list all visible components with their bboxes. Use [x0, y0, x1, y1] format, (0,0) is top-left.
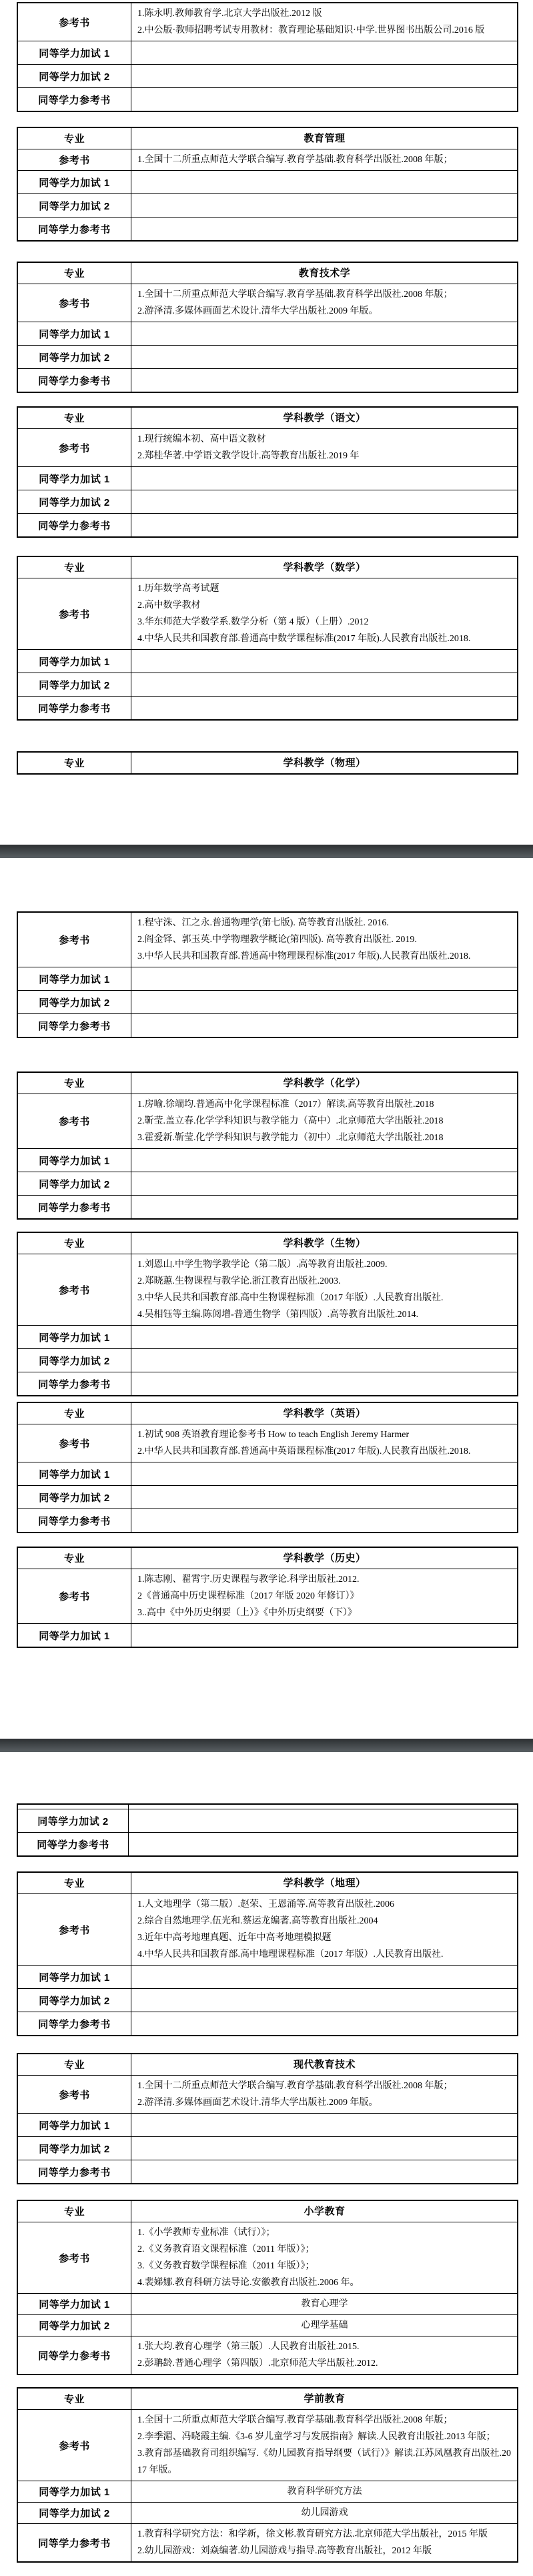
row-label: 专业: [17, 1872, 131, 1894]
row-content: [131, 1326, 518, 1349]
row-content: [131, 467, 518, 490]
row-label: 同等学力加试 1: [17, 967, 131, 991]
row-content: [131, 967, 518, 991]
row-content: 幼儿园游戏: [131, 2503, 518, 2524]
row-content: 学科教学（语文）: [131, 407, 518, 429]
row-label: 同等学力加试 1: [17, 467, 131, 490]
row-content: 1.程守洙、江之永.普通物理学(第七版). 高等教育出版社. 2016.2.阎金…: [131, 912, 518, 967]
table-row: 同等学力加试 2: [17, 1349, 518, 1372]
book-line: 1.教育科学研究方法：和学新，徐文彬.教育研究方法.北京师范大学出版社，2015…: [137, 2526, 512, 2543]
table-modern-educational-technology: 专业现代教育技术参考书1.全国十二所重点师范大学联合编写.教育学基础.教育科学出…: [17, 2053, 518, 2184]
row-content: [131, 171, 518, 194]
table-subject-teaching-english: 专业学科教学（英语）参考书1.初试 908 英语教育理论参考书 How to t…: [17, 1402, 518, 1533]
table-row: 同等学力加试 1: [17, 2114, 518, 2137]
row-content: 1.全国十二所重点师范大学联合编写.教育学基础.教育科学出版社.2008 年版；…: [131, 284, 518, 322]
table-row: 同等学力参考书: [17, 2160, 518, 2184]
row-label: 同等学力加试 1: [17, 1149, 131, 1172]
row-content: 学科教学（化学）: [131, 1072, 518, 1094]
book-line: 2.幼儿园游戏：刘焱编著.幼儿园游戏与指导.高等教育出版社，2012 年版: [137, 2543, 512, 2559]
book-line: 2.游泽清.多媒体画面艺术设计.清华大学出版社.2009 年版。: [137, 2094, 512, 2111]
table-row: 同等学力加试 2: [17, 673, 518, 697]
row-label: 专业: [17, 1402, 131, 1424]
table-row: 专业小学教育: [17, 2200, 518, 2222]
table-subject-teaching-physics-body: 参考书1.程守洙、江之永.普通物理学(第七版). 高等教育出版社. 2016.2…: [17, 911, 518, 1038]
row-content: [131, 1172, 518, 1196]
row-content: 教育科学研究方法: [131, 2481, 518, 2503]
row-label: 同等学力加试 2: [17, 194, 131, 218]
book-line: 3..高中《中外历史纲要（上）》《中外历史纲要（下）》: [137, 1605, 512, 1621]
table-row: 同等学力参考书: [17, 1833, 518, 1857]
row-label: 同等学力加试 1: [17, 1326, 131, 1349]
table-row: 参考书1.《小学教师专业标准（试行）》；2.《义务教育语文课程标准（2011 年…: [17, 2222, 518, 2294]
row-label: 专业: [17, 556, 131, 578]
row-label: 专业: [17, 1547, 131, 1569]
table-row: 同等学力参考书: [17, 218, 518, 242]
document-page-stack: 参考书1.陈永明.教师教育学.北京大学出版社.2012 版2.中公版·教师招聘考…: [0, 2, 533, 2576]
row-label: 同等学力参考书: [17, 2012, 131, 2036]
table-row: 专业现代教育技术: [17, 2054, 518, 2076]
table-row: 同等学力加试 1: [17, 41, 518, 65]
table-row: 同等学力参考书: [17, 514, 518, 538]
row-content: [131, 1149, 518, 1172]
table-row: [17, 1804, 518, 1809]
row-content: 教育管理: [131, 127, 518, 149]
row-content: [131, 1509, 518, 1533]
table-row: 同等学力参考书: [17, 1014, 518, 1038]
row-content: [131, 65, 518, 88]
book-line: 1.历年数学高考试题: [137, 580, 512, 597]
row-content: [131, 2012, 518, 2036]
table-row: 同等学力加试 2: [17, 194, 518, 218]
table-row: 参考书1.人文地理学（第二版）.赵荣、王恩涌等.高等教育出版社.20062.综合…: [17, 1894, 518, 1966]
row-label: 同等学力参考书: [17, 697, 131, 721]
row-label: 同等学力加试 2: [17, 1989, 131, 2012]
row-label: 同等学力加试 2: [17, 991, 131, 1014]
row-label: 同等学力加试 2: [17, 1349, 131, 1372]
table-row: 参考书1.历年数学高考试题2.高中数学教材3.华东师范大学数学系.数学分析（第 …: [17, 578, 518, 650]
row-label: 同等学力加试 2: [17, 2503, 131, 2524]
row-content: [131, 369, 518, 393]
row-label: 参考书: [17, 578, 131, 650]
row-label: 同等学力加试 1: [17, 1966, 131, 1989]
table-row: 同等学力参考书: [17, 88, 518, 112]
row-label: 同等学力参考书: [17, 2524, 131, 2563]
row-content: [131, 1624, 518, 1648]
row-content: 学科教学（历史）: [131, 1547, 518, 1569]
table-row: 参考书1.全国十二所重点师范大学联合编写.教育学基础.教育科学出版社.2008 …: [17, 284, 518, 322]
book-line: 3.近年中高考地理真题、近年中高考地理模拟题: [137, 1929, 512, 1946]
book-line: 4.吴相钰等主编.陈阅增-普通生物学（第四版）.高等教育出版社.2014.: [137, 1306, 512, 1323]
row-content: 1.历年数学高考试题2.高中数学教材3.华东师范大学数学系.数学分析（第 4 版…: [131, 578, 518, 650]
table-row: 专业学科教学（物理）: [17, 752, 518, 774]
table-row: 同等学力加试 2: [17, 1486, 518, 1509]
book-line: 2.靳莹.盖立春.化学学科知识与教学能力（高中）.北京师范大学出版社.2018: [137, 1113, 512, 1130]
book-line: 4.中华人民共和国教育部.高中地理课程标准（2017 年版）.人民教育出版社.: [137, 1946, 512, 1963]
book-line: 3.中华人民共和国教育部.高中生物课程标准（2017 年版）.人民教育出版社.: [137, 1290, 512, 1306]
table-row: 专业教育管理: [17, 127, 518, 149]
row-content: [129, 1833, 518, 1857]
book-line: 2.郑桂华著.中学语文教学设计.高等教育出版社.2019 年: [137, 448, 512, 464]
row-content: [131, 88, 518, 112]
book-line: 2.中公版·教师招聘考试专用教材：教育理论基础知识·中学.世界图书出版公司.20…: [137, 22, 512, 39]
table-row: 参考书1.房喻.徐端均.普通高中化学课程标准（2017）解读.高等教育出版社.2…: [17, 1094, 518, 1149]
table-row: 专业学科教学（地理）: [17, 1872, 518, 1894]
row-label: 参考书: [17, 429, 131, 467]
table-row: 同等学力加试 2: [17, 991, 518, 1014]
row-content: [131, 673, 518, 697]
row-label: 同等学力加试 2: [17, 1172, 131, 1196]
book-line: 2.中华人民共和国教育部.普通高中英语课程标准(2017 年版).人民教育出版社…: [137, 1443, 512, 1460]
row-label: 同等学力加试 1: [17, 41, 131, 65]
table-row: 同等学力参考书: [17, 1509, 518, 1533]
row-label: 同等学力加试 1: [17, 322, 131, 346]
book-line: 2.综合自然地理学.伍光和.蔡运龙编著.高等教育出版社.2004: [137, 1913, 512, 1929]
row-content: 1.现行统编本初、高中语文教材2.郑桂华著.中学语文教学设计.高等教育出版社.2…: [131, 429, 518, 467]
row-label: 同等学力加试 2: [17, 346, 131, 369]
table-education-management: 专业教育管理参考书1.全国十二所重点师范大学联合编写.教育学基础.教育科学出版社…: [17, 127, 518, 242]
book-line: 1.陈志刚、翟霄宇.历史课程与教学论.科学出版社.2012.: [137, 1571, 512, 1588]
table-row: 专业学科教学（数学）: [17, 556, 518, 578]
book-line: 3.霍爱新.靳莹.化学学科知识与教学能力（初中）.北京师范大学出版社.2018: [137, 1130, 512, 1146]
row-content: 1.全国十二所重点师范大学联合编写.教育学基础.教育科学出版社.2008 年版；…: [131, 2076, 518, 2114]
row-content: 学前教育: [131, 2388, 518, 2410]
table-subject-teaching-physics-header: 专业学科教学（物理）: [17, 751, 518, 775]
row-label: 同等学力加试 2: [17, 65, 131, 88]
row-content: 1.陈志刚、翟霄宇.历史课程与教学论.科学出版社.2012.2《普通高中历史课程…: [131, 1569, 518, 1624]
book-line: 3.中华人民共和国教育部.普通高中物理课程标准(2017 年版).人民教育出版社…: [137, 948, 512, 965]
row-label: [17, 1804, 129, 1809]
book-line: 2.郑晓蕙.生物课程与教学论.浙江教育出版社.2003.: [137, 1273, 512, 1290]
row-content: [131, 650, 518, 673]
row-content: 心理学基础: [131, 2315, 518, 2336]
row-content: 教育心理学: [131, 2294, 518, 2315]
row-label: 专业: [17, 752, 131, 774]
book-line: 3.华东师范大学数学系.数学分析（第 4 版）（上册）.2012: [137, 614, 512, 630]
row-label: 参考书: [17, 1094, 131, 1149]
row-label: 同等学力加试 2: [17, 673, 131, 697]
table-row: 同等学力加试 1: [17, 650, 518, 673]
row-label: 同等学力加试 1: [17, 2481, 131, 2503]
row-content: 学科教学（物理）: [131, 752, 518, 774]
row-label: 同等学力加试 2: [17, 490, 131, 514]
row-label: 同等学力加试 1: [17, 2114, 131, 2137]
table-row: 同等学力参考书: [17, 1196, 518, 1220]
row-content: 学科教学（英语）: [131, 1402, 518, 1424]
row-label: 同等学力加试 2: [17, 1809, 129, 1833]
table-row: 同等学力加试 1: [17, 322, 518, 346]
row-label: 参考书: [17, 2076, 131, 2114]
table-row: 参考书1.现行统编本初、高中语文教材2.郑桂华著.中学语文教学设计.高等教育出版…: [17, 429, 518, 467]
row-content: [131, 1486, 518, 1509]
table-top-fragment: 参考书1.陈永明.教师教育学.北京大学出版社.2012 版2.中公版·教师招聘考…: [17, 2, 518, 112]
row-content: 1.张大均.教育心理学（第三版）.人民教育出版社.2015.2.彭聃龄.普通心理…: [131, 2336, 518, 2375]
row-label: 专业: [17, 127, 131, 149]
row-label: 同等学力加试 2: [17, 2315, 131, 2336]
row-content: 1.全国十二所重点师范大学联合编写.教育学基础.教育科学出版社.2008 年版；: [131, 149, 518, 171]
row-label: 同等学力参考书: [17, 514, 131, 538]
row-content: 小学教育: [131, 2200, 518, 2222]
row-label: 专业: [17, 1232, 131, 1254]
book-line: 1.全国十二所重点师范大学联合编写.教育学基础.教育科学出版社.2008 年版；: [137, 151, 512, 168]
row-label: 同等学力加试 2: [17, 1486, 131, 1509]
table-row: 同等学力加试 1: [17, 967, 518, 991]
row-label: 同等学力加试 1: [17, 1462, 131, 1486]
row-content: [131, 697, 518, 721]
book-line: 1.全国十二所重点师范大学联合编写.教育学基础.教育科学出版社.2008 年版；: [137, 286, 512, 303]
row-content: 学科教学（地理）: [131, 1872, 518, 1894]
row-content: [131, 991, 518, 1014]
row-content: 1.《小学教师专业标准（试行）》；2.《义务教育语文课程标准（2011 年版）》…: [131, 2222, 518, 2294]
book-line: 1.刘恩山.中学生物学教学论（第二版）.高等教育出版社.2009.: [137, 1256, 512, 1273]
table-subject-teaching-math: 专业学科教学（数学）参考书1.历年数学高考试题2.高中数学教材3.华东师范大学数…: [17, 556, 518, 721]
row-content: 1.人文地理学（第二版）.赵荣、王恩涌等.高等教育出版社.20062.综合自然地…: [131, 1894, 518, 1966]
row-content: [131, 2137, 518, 2160]
row-label: 专业: [17, 1072, 131, 1094]
row-label: 参考书: [17, 1569, 131, 1624]
table-row: 同等学力加试 1: [17, 1966, 518, 1989]
row-label: 同等学力加试 1: [17, 650, 131, 673]
book-line: 2.游泽清.多媒体画面艺术设计.清华大学出版社.2009 年版。: [137, 303, 512, 320]
table-row: 参考书1.全国十二所重点师范大学联合编写.教育学基础.教育科学出版社.2008 …: [17, 2410, 518, 2481]
book-line: 1.房喻.徐端均.普通高中化学课程标准（2017）解读.高等教育出版社.2018: [137, 1096, 512, 1113]
table-row: 同等学力加试 2: [17, 346, 518, 369]
book-line: 4.裴娣娜.教育科研方法导论.安徽教育出版社.2006 年。: [137, 2274, 512, 2291]
row-content: [129, 1804, 518, 1809]
row-content: 现代教育技术: [131, 2054, 518, 2076]
book-line: 2.阎金铎、郭玉英.中学物理教学概论(第四版). 高等教育出版社. 2019.: [137, 931, 512, 948]
row-content: [131, 1462, 518, 1486]
row-label: 同等学力参考书: [17, 369, 131, 393]
row-content: 教育技术学: [131, 262, 518, 284]
row-content: [131, 1989, 518, 2012]
row-content: [131, 194, 518, 218]
book-line: 2《普通高中历史课程标准（2017 年版 2020 年修订）》: [137, 1588, 512, 1605]
table-row: 同等学力加试 1: [17, 171, 518, 194]
table-row: 同等学力加试 1教育心理学: [17, 2294, 518, 2315]
table-primary-education: 专业小学教育参考书1.《小学教师专业标准（试行）》；2.《义务教育语文课程标准（…: [17, 2200, 518, 2375]
book-line: 2.高中数学教材: [137, 597, 512, 614]
row-label: 参考书: [17, 3, 131, 41]
table-row: 参考书1.陈永明.教师教育学.北京大学出版社.2012 版2.中公版·教师招聘考…: [17, 3, 518, 41]
table-row: 专业学科教学（生物）: [17, 1232, 518, 1254]
book-line: 1.人文地理学（第二版）.赵荣、王恩涌等.高等教育出版社.2006: [137, 1896, 512, 1913]
row-content: [131, 218, 518, 242]
table-row: 同等学力参考书1.教育科学研究方法：和学新，徐文彬.教育研究方法.北京师范大学出…: [17, 2524, 518, 2563]
row-content: [131, 490, 518, 514]
row-label: 同等学力参考书: [17, 1372, 131, 1396]
row-content: [131, 322, 518, 346]
table-row: 同等学力加试 1: [17, 1462, 518, 1486]
book-line: 2.《义务教育语文课程标准（2011 年版）》；: [137, 2241, 512, 2258]
row-label: 参考书: [17, 912, 131, 967]
table-row: 同等学力加试 2: [17, 490, 518, 514]
book-line: 1.张大均.教育心理学（第三版）.人民教育出版社.2015.: [137, 2338, 512, 2355]
book-line: 1.全国十二所重点师范大学联合编写.教育学基础.教育科学出版社.2008 年版；: [137, 2412, 512, 2429]
table-row: 同等学力加试 2: [17, 1989, 518, 2012]
table-row: 同等学力加试 2幼儿园游戏: [17, 2503, 518, 2524]
row-label: 同等学力参考书: [17, 88, 131, 112]
book-line: 1.初试 908 英语教育理论参考书 How to teach English …: [137, 1426, 512, 1443]
table-row: 参考书1.程守洙、江之永.普通物理学(第七版). 高等教育出版社. 2016.2…: [17, 912, 518, 967]
row-label: 参考书: [17, 1424, 131, 1462]
row-content: 1.房喻.徐端均.普通高中化学课程标准（2017）解读.高等教育出版社.2018…: [131, 1094, 518, 1149]
row-label: 同等学力加试 1: [17, 2294, 131, 2315]
table-row: 同等学力加试 2: [17, 1172, 518, 1196]
row-content: 1.陈永明.教师教育学.北京大学出版社.2012 版2.中公版·教师招聘考试专用…: [131, 3, 518, 41]
table-row: 同等学力参考书: [17, 697, 518, 721]
table-row: 同等学力参考书1.张大均.教育心理学（第三版）.人民教育出版社.2015.2.彭…: [17, 2336, 518, 2375]
row-label: 专业: [17, 262, 131, 284]
book-line: 3.《义务教育数学课程标准（2011 年版）》；: [137, 2258, 512, 2274]
row-label: 参考书: [17, 2410, 131, 2481]
row-content: 1.初试 908 英语教育理论参考书 How to teach English …: [131, 1424, 518, 1462]
table-row: 同等学力加试 2: [17, 2137, 518, 2160]
row-content: [131, 1014, 518, 1038]
table-row: 同等学力加试 2: [17, 65, 518, 88]
row-content: [131, 2114, 518, 2137]
table-subject-teaching-biology: 专业学科教学（生物）参考书1.刘恩山.中学生物学教学论（第二版）.高等教育出版社…: [17, 1232, 518, 1396]
table-educational-technology: 专业教育技术学参考书1.全国十二所重点师范大学联合编写.教育学基础.教育科学出版…: [17, 262, 518, 393]
table-subject-teaching-history: 专业学科教学（历史）参考书1.陈志刚、翟霄宇.历史课程与教学论.科学出版社.20…: [17, 1547, 518, 1648]
row-label: 参考书: [17, 2222, 131, 2294]
row-content: 学科教学（生物）: [131, 1232, 518, 1254]
page-separator: [0, 1739, 533, 1752]
row-content: 1.刘恩山.中学生物学教学论（第二版）.高等教育出版社.2009.2.郑晓蕙.生…: [131, 1254, 518, 1326]
table-row: 参考书1.陈志刚、翟霄宇.历史课程与教学论.科学出版社.2012.2《普通高中历…: [17, 1569, 518, 1624]
table-row: 参考书1.全国十二所重点师范大学联合编写.教育学基础.教育科学出版社.2008 …: [17, 149, 518, 171]
row-content: [129, 1809, 518, 1833]
book-line: 1.全国十二所重点师范大学联合编写.教育学基础.教育科学出版社.2008 年版；: [137, 2078, 512, 2094]
table-history-fragment: 同等学力加试 2同等学力参考书: [17, 1803, 518, 1857]
table-row: 同等学力加试 1: [17, 1149, 518, 1172]
row-label: 同等学力加试 2: [17, 2137, 131, 2160]
table-row: 专业学科教学（语文）: [17, 407, 518, 429]
row-label: 同等学力参考书: [17, 1014, 131, 1038]
table-row: 同等学力加试 1: [17, 1326, 518, 1349]
book-line: 4.中华人民共和国教育部.普通高中数学课程标准(2017 年版).人民教育出版社…: [137, 630, 512, 647]
row-content: [131, 514, 518, 538]
book-line: 1.程守洙、江之永.普通物理学(第七版). 高等教育出版社. 2016.: [137, 915, 512, 931]
table-row: 专业学科教学（英语）: [17, 1402, 518, 1424]
table-subject-teaching-chinese: 专业学科教学（语文）参考书1.现行统编本初、高中语文教材2.郑桂华著.中学语文教…: [17, 406, 518, 538]
book-line: 1.陈永明.教师教育学.北京大学出版社.2012 版: [137, 5, 512, 22]
table-row: 同等学力参考书: [17, 1372, 518, 1396]
table-row: 专业学科教学（化学）: [17, 1072, 518, 1094]
row-content: 学科教学（数学）: [131, 556, 518, 578]
row-content: [131, 1372, 518, 1396]
table-row: 同等学力加试 2: [17, 1809, 518, 1833]
table-row: 专业学科教学（历史）: [17, 1547, 518, 1569]
row-label: 同等学力参考书: [17, 1833, 129, 1857]
row-label: 专业: [17, 2054, 131, 2076]
row-label: 参考书: [17, 1254, 131, 1326]
table-row: 参考书1.初试 908 英语教育理论参考书 How to teach Engli…: [17, 1424, 518, 1462]
row-content: 1.教育科学研究方法：和学新，徐文彬.教育研究方法.北京师范大学出版社，2015…: [131, 2524, 518, 2563]
page-separator: [0, 845, 533, 858]
table-subject-teaching-chemistry: 专业学科教学（化学）参考书1.房喻.徐端均.普通高中化学课程标准（2017）解读…: [17, 1071, 518, 1220]
table-row: 专业学前教育: [17, 2388, 518, 2410]
table-row: 同等学力加试 1: [17, 467, 518, 490]
book-line: 2.李季湄、冯晓霞主编.《3-6 岁儿童学习与发展指南》解读.人民教育出版社.2…: [137, 2429, 512, 2445]
row-label: 同等学力参考书: [17, 218, 131, 242]
row-label: 专业: [17, 2200, 131, 2222]
row-label: 专业: [17, 2388, 131, 2410]
book-line: 1.现行统编本初、高中语文教材: [137, 431, 512, 448]
table-row: 同等学力加试 1教育科学研究方法: [17, 2481, 518, 2503]
row-label: 同等学力参考书: [17, 1509, 131, 1533]
table-row: 同等学力加试 1: [17, 1624, 518, 1648]
row-label: 同等学力加试 1: [17, 171, 131, 194]
row-content: [131, 1196, 518, 1220]
table-row: 同等学力参考书: [17, 2012, 518, 2036]
row-label: 同等学力加试 1: [17, 1624, 131, 1648]
table-row: 参考书1.全国十二所重点师范大学联合编写.教育学基础.教育科学出版社.2008 …: [17, 2076, 518, 2114]
book-line: 2.彭聃龄.普通心理学（第四版）.北京师范大学出版社.2012.: [137, 2355, 512, 2372]
table-row: 参考书1.刘恩山.中学生物学教学论（第二版）.高等教育出版社.2009.2.郑晓…: [17, 1254, 518, 1326]
book-line: 3.教育部基础教育司组织编写.《幼儿园教育指导纲要（试行）》解读.江苏凤凰教育出…: [137, 2445, 512, 2479]
table-preschool-education: 专业学前教育参考书1.全国十二所重点师范大学联合编写.教育学基础.教育科学出版社…: [17, 2387, 518, 2563]
row-label: 同等学力参考书: [17, 2336, 131, 2375]
row-label: 专业: [17, 407, 131, 429]
row-content: [131, 41, 518, 65]
row-label: 同等学力参考书: [17, 1196, 131, 1220]
table-subject-teaching-geography: 专业学科教学（地理）参考书1.人文地理学（第二版）.赵荣、王恩涌等.高等教育出版…: [17, 1871, 518, 2036]
row-content: [131, 1349, 518, 1372]
row-label: 参考书: [17, 1894, 131, 1966]
row-label: 参考书: [17, 284, 131, 322]
table-row: 专业教育技术学: [17, 262, 518, 284]
book-line: 1.《小学教师专业标准（试行）》；: [137, 2224, 512, 2241]
row-label: 同等学力参考书: [17, 2160, 131, 2184]
row-content: 1.全国十二所重点师范大学联合编写.教育学基础.教育科学出版社.2008 年版；…: [131, 2410, 518, 2481]
table-row: 同等学力加试 2心理学基础: [17, 2315, 518, 2336]
table-row: 同等学力参考书: [17, 369, 518, 393]
row-content: [131, 2160, 518, 2184]
row-content: [131, 1966, 518, 1989]
row-label: 参考书: [17, 149, 131, 171]
row-content: [131, 346, 518, 369]
